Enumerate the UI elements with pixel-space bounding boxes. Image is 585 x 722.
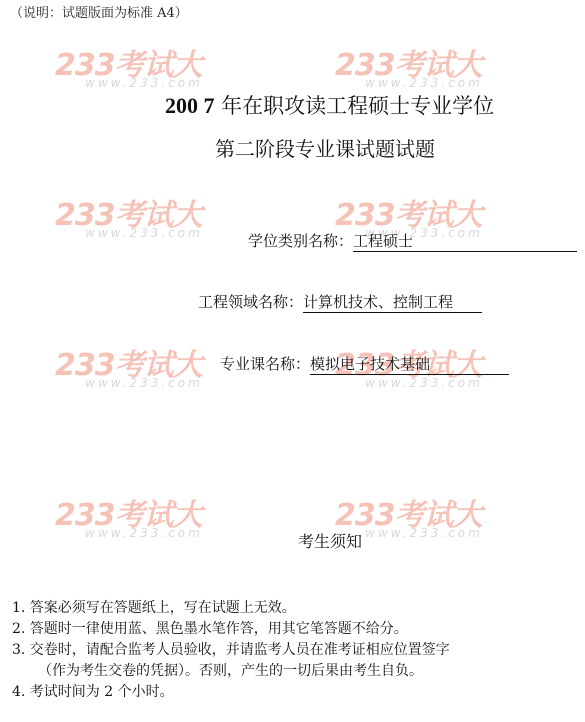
watermark-url: www.233.com [85, 376, 203, 390]
watermark: 233考试大www.233.com [55, 490, 235, 550]
exam-title-text: 年在职攻读工程硕士专业学位 [215, 94, 495, 118]
notice-title: 考生须知 [298, 529, 362, 552]
watermark: 233考试大www.233.com [55, 340, 235, 400]
degree-type-field: 学位类别名称：工程硕士 [248, 230, 577, 252]
notice-item: 4. 考试时间为 2 个小时。 [12, 682, 450, 703]
watermark-url: www.233.com [365, 376, 483, 390]
notice-item: 3. 交卷时，请配合监考人员验收，并请监考人员在准考证相应位置签字 [12, 640, 450, 661]
field-label: 学位类别名称： [248, 232, 353, 250]
watermark-url: www.233.com [85, 226, 203, 240]
exam-title: 200 7 年在职攻读工程硕士专业学位 [165, 90, 494, 120]
layout-note: （说明：试题版面为标准 A4） [10, 2, 188, 21]
watermark-url: www.233.com [85, 526, 203, 540]
field-label: 专业课名称： [220, 355, 310, 373]
exam-subtitle: 第二阶段专业课试题试题 [215, 133, 435, 162]
field-value: 工程硕士 [353, 230, 577, 252]
engineering-domain-field: 工程领域名称：计算机技术、控制工程 [198, 291, 482, 313]
notice-item: 1. 答案必须写在答题纸上，写在试题上无效。 [12, 598, 450, 619]
course-name-field: 专业课名称：模拟电子技术基础 [220, 353, 509, 375]
field-label: 工程领域名称： [198, 293, 303, 311]
exam-year: 200 7 [165, 93, 215, 118]
notice-list: 1. 答案必须写在答题纸上，写在试题上无效。 2. 答题时一律使用蓝、黑色墨水笔… [12, 598, 450, 703]
watermark-url: www.233.com [365, 526, 483, 540]
field-value: 计算机技术、控制工程 [303, 291, 482, 313]
watermark-url: www.233.com [365, 76, 483, 90]
watermark-url: www.233.com [85, 76, 203, 90]
watermark: 233考试大www.233.com [55, 190, 235, 250]
notice-item: 2. 答题时一律使用蓝、黑色墨水笔作答，用其它笔答题不给分。 [12, 619, 450, 640]
notice-item-continued: （作为考生交卷的凭据）。否则，产生的一切后果由考生自负。 [12, 661, 450, 682]
field-value: 模拟电子技术基础 [310, 353, 509, 375]
